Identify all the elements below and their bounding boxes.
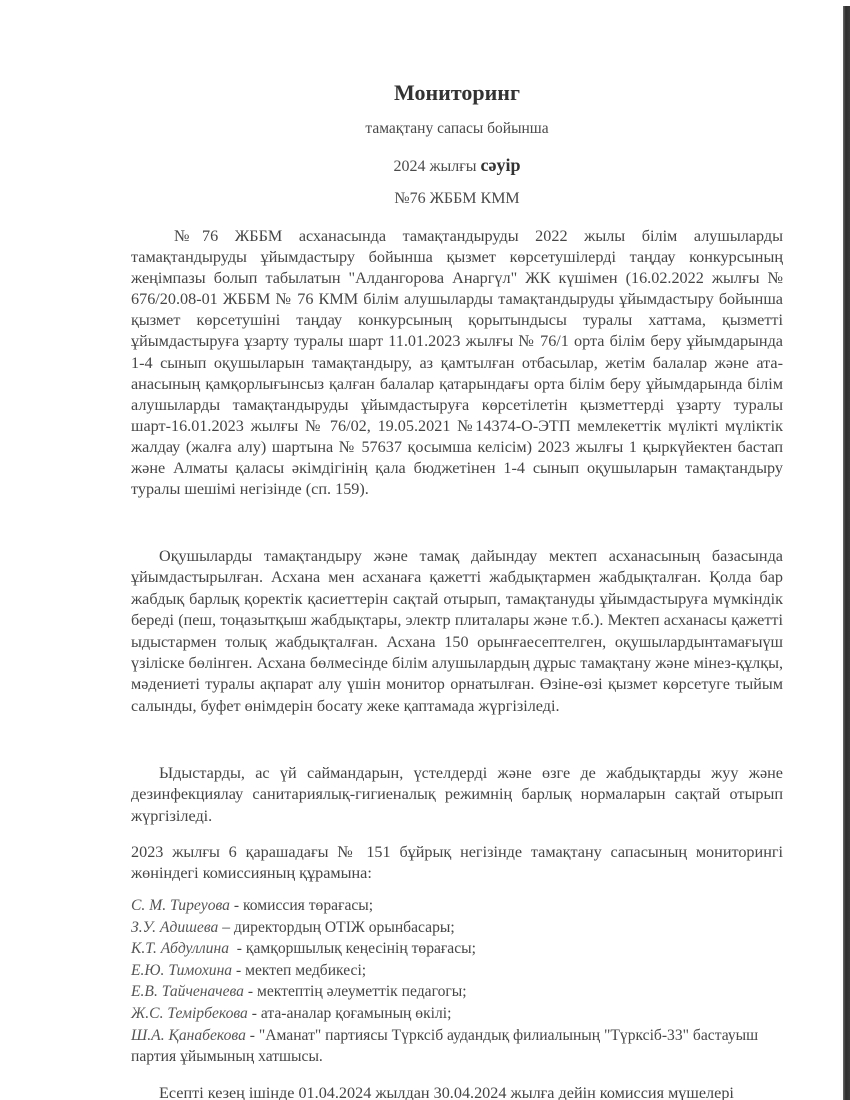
paragraph-catering-contract: №76 ЖББМ асханасында тамақтандыруды 2022…: [131, 226, 783, 500]
commission-member: Е.В. Тайченачева - мектептің әлеуметтік …: [131, 981, 791, 1003]
document-date: 2024 жылғы сәуір: [131, 155, 783, 176]
commission-member: К.Т. Абдуллина - қамқоршылық кеңесінің т…: [131, 938, 791, 960]
scan-page-edge: [843, 6, 850, 1100]
paragraph-reporting-period: Есепті кезең ішінде 01.04.2024 жылдан 30…: [131, 1083, 783, 1100]
commission-member: З.У. Адишева – директордың ОТІЖ орынбаса…: [131, 917, 791, 939]
organization-name: №76 ЖББМ КММ: [131, 190, 783, 208]
paragraph-disinfection: Ыдыстарды, ас үй саймандарын, үстелдерді…: [131, 763, 783, 827]
commission-member: Е.Ю. Тимохина - мектеп медбикесі;: [131, 960, 791, 982]
commission-member: С. М. Тиреуова - комиссия төрағасы;: [131, 895, 791, 917]
commission-members-list: С. М. Тиреуова - комиссия төрағасы; З.У.…: [131, 895, 791, 1068]
date-month: сәуір: [481, 155, 521, 175]
document-title: Мониторинг: [131, 80, 783, 106]
document-subtitle: тамақтану сапасы бойынша: [131, 120, 783, 138]
commission-member: Ш.А. Қанабекова - "Аманат" партиясы Түрк…: [131, 1025, 791, 1068]
paragraph-canteen-equipment: Оқушыларды тамақтандыру және тамақ дайын…: [131, 546, 783, 717]
paragraph-commission-intro: 2023 жылғы 6 қарашадағы № 151 бұйрық нег…: [131, 842, 783, 885]
date-prefix: 2024 жылғы: [393, 158, 476, 175]
commission-member: Ж.С. Темірбекова - ата-аналар қоғамының …: [131, 1003, 791, 1025]
